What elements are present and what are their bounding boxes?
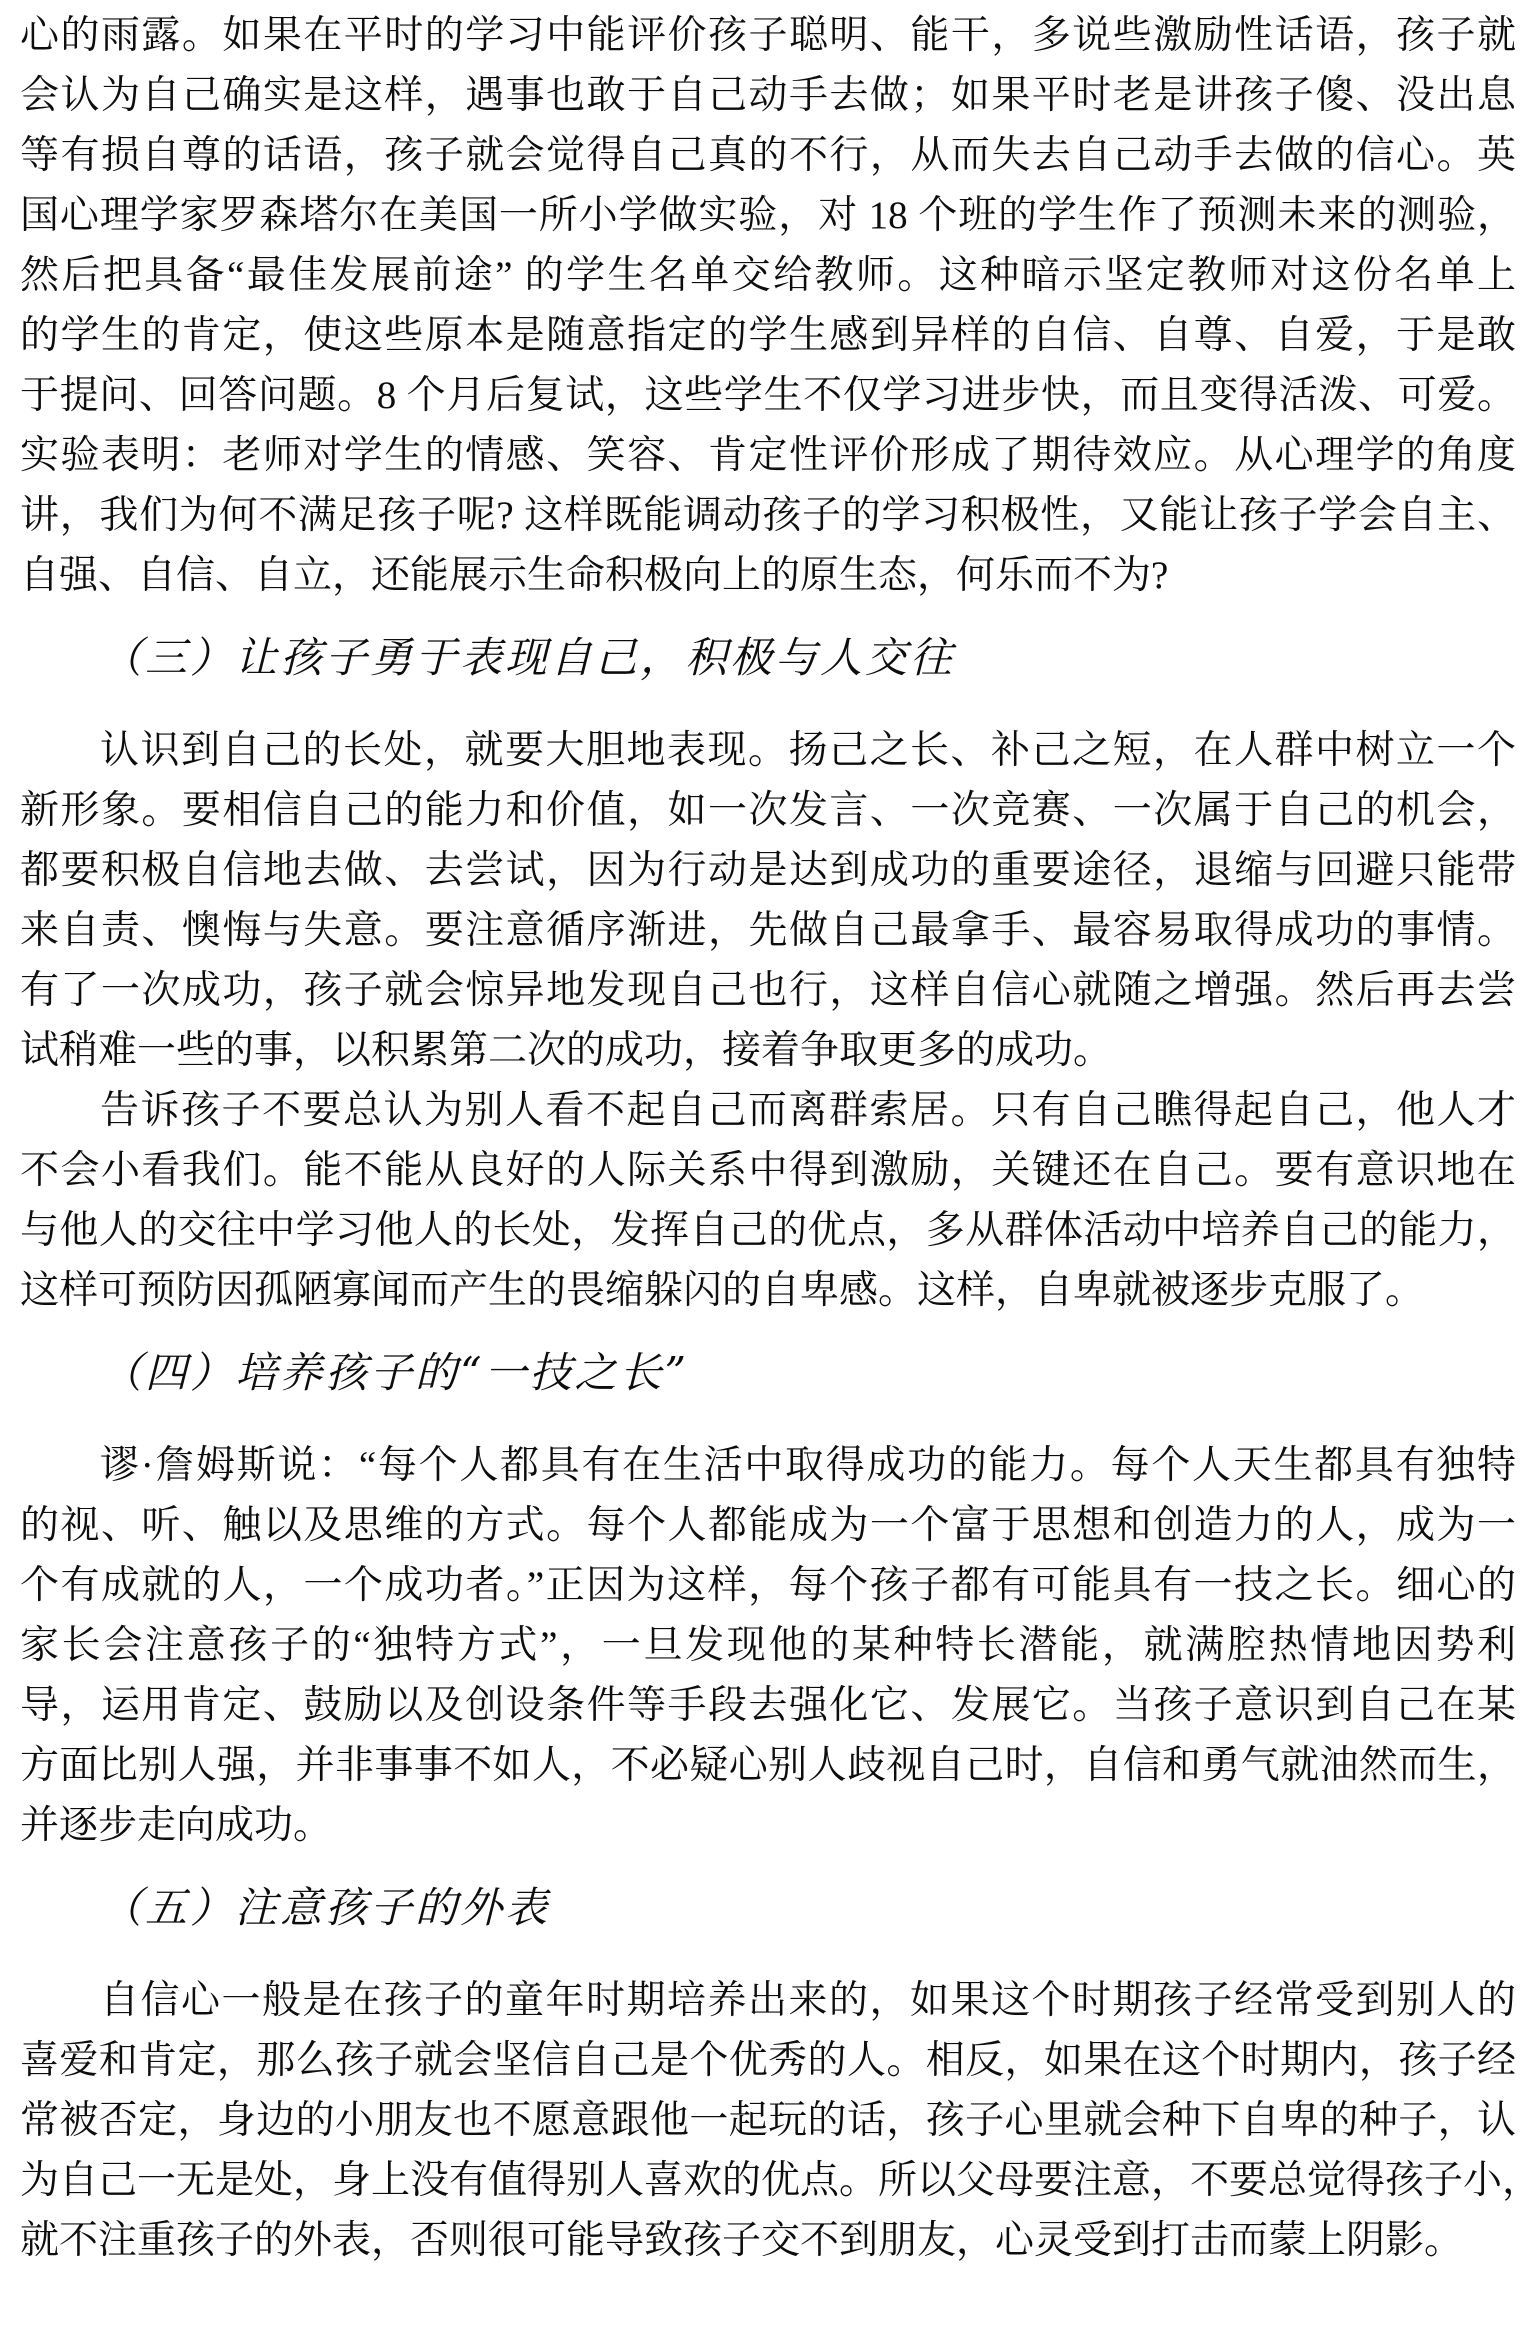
text-line: 告诉孩子不要总认为别人看不起自己而离群索居。只有自己瞧得起自己，他人才 <box>20 1081 1516 1141</box>
text-line: 自信心一般是在孩子的童年时期培养出来的，如果这个时期孩子经常受到别人的 <box>20 1971 1516 2031</box>
text-line: 谬·詹姆斯说：“每个人都具有在生活中取得成功的能力。每个人天生都具有独特 <box>20 1436 1516 1496</box>
text-line: 个有成就的人，一个成功者。”正因为这样，每个孩子都有可能具有一技之长。细心的 <box>20 1556 1516 1616</box>
text-line: 导，运用肯定、鼓励以及创设条件等手段去强化它、发展它。当孩子意识到自己在某 <box>20 1676 1516 1736</box>
text-line: 于提问、回答问题。8 个月后复试，这些学生不仅学习进步快，而且变得活泼、可爱。 <box>20 366 1516 426</box>
text-line: 自强、自信、自立，还能展示生命积极向上的原生态，何乐而不为? <box>20 546 1516 606</box>
paragraph: 自信心一般是在孩子的童年时期培养出来的，如果这个时期孩子经常受到别人的喜爱和肯定… <box>20 1971 1516 2271</box>
text-line: 试稍难一些的事，以积累第二次的成功，接着争取更多的成功。 <box>20 1021 1516 1081</box>
text-line: 有了一次成功，孩子就会惊异地发现自己也行，这样自信心就随之增强。然后再去尝 <box>20 961 1516 1021</box>
text-line: 讲，我们为何不满足孩子呢? 这样既能调动孩子的学习积极性，又能让孩子学会自主、 <box>20 486 1516 546</box>
text-line: 实验表明：老师对学生的情感、笑容、肯定性评价形成了期待效应。从心理学的角度 <box>20 426 1516 486</box>
paragraph: 认识到自己的长处，就要大胆地表现。扬己之长、补己之短，在人群中树立一个新形象。要… <box>20 721 1516 1081</box>
text-line: 并逐步走向成功。 <box>20 1796 1516 1856</box>
text-line: 会认为自己确实是这样，遇事也敢于自己动手去做；如果平时老是讲孩子傻、没出息 <box>20 66 1516 126</box>
text-line: 方面比别人强，并非事事不如人，不必疑心别人歧视自己时，自信和勇气就油然而生， <box>20 1736 1516 1796</box>
text-line: 心的雨露。如果在平时的学习中能评价孩子聪明、能干，多说些激励性话语，孩子就 <box>20 6 1516 66</box>
text-line: 的学生的肯定，使这些原本是随意指定的学生感到异样的自信、自尊、自爱，于是敢 <box>20 306 1516 366</box>
paragraph: 谬·詹姆斯说：“每个人都具有在生活中取得成功的能力。每个人天生都具有独特的视、听… <box>20 1436 1516 1856</box>
text-line: 来自责、懊悔与失意。要注意循序渐进，先做自己最拿手、最容易取得成功的事情。 <box>20 901 1516 961</box>
paragraph: 心的雨露。如果在平时的学习中能评价孩子聪明、能干，多说些激励性话语，孩子就会认为… <box>20 6 1516 606</box>
text-line: 这样可预防因孤陋寡闻而产生的畏缩躲闪的自卑感。这样，自卑就被逐步克服了。 <box>20 1261 1516 1321</box>
text-line: 都要积极自信地去做、去尝试，因为行动是达到成功的重要途径，退缩与回避只能带 <box>20 841 1516 901</box>
text-line: 新形象。要相信自己的能力和价值，如一次发言、一次竞赛、一次属于自己的机会， <box>20 781 1516 841</box>
section-heading: （五）注意孩子的外表 <box>20 1878 1516 1938</box>
text-line: 为自己一无是处，身上没有值得别人喜欢的优点。所以父母要注意，不要总觉得孩子小， <box>20 2151 1516 2211</box>
text-line: 常被否定，身边的小朋友也不愿意跟他一起玩的话，孩子心里就会种下自卑的种子，认 <box>20 2091 1516 2151</box>
document-page: 心的雨露。如果在平时的学习中能评价孩子聪明、能干，多说些激励性话语，孩子就会认为… <box>0 0 1536 2333</box>
section-heading: （三）让孩子勇于表现自己，积极与人交往 <box>20 628 1516 688</box>
text-line: 然后把具备“最佳发展前途” 的学生名单交给教师。这种暗示坚定教师对这份名单上 <box>20 246 1516 306</box>
text-line: 认识到自己的长处，就要大胆地表现。扬己之长、补己之短，在人群中树立一个 <box>20 721 1516 781</box>
paragraph: 告诉孩子不要总认为别人看不起自己而离群索居。只有自己瞧得起自己，他人才不会小看我… <box>20 1081 1516 1321</box>
text-line: 不会小看我们。能不能从良好的人际关系中得到激励，关键还在自己。要有意识地在 <box>20 1141 1516 1201</box>
text-line: 与他人的交往中学习他人的长处，发挥自己的优点，多从群体活动中培养自己的能力， <box>20 1201 1516 1261</box>
section-heading: （四）培养孩子的“一技之长” <box>20 1343 1516 1403</box>
text-line: 喜爱和肯定，那么孩子就会坚信自己是个优秀的人。相反，如果在这个时期内，孩子经 <box>20 2031 1516 2091</box>
text-line: 就不注重孩子的外表，否则很可能导致孩子交不到朋友，心灵受到打击而蒙上阴影。 <box>20 2211 1516 2271</box>
text-line: 等有损自尊的话语，孩子就会觉得自己真的不行，从而失去自己动手去做的信心。英 <box>20 126 1516 186</box>
text-line: 家长会注意孩子的“独特方式”，一旦发现他的某种特长潜能，就满腔热情地因势利 <box>20 1616 1516 1676</box>
text-line: 国心理学家罗森塔尔在美国一所小学做实验，对 18 个班的学生作了预测未来的测验， <box>20 186 1516 246</box>
text-line: 的视、听、触以及思维的方式。每个人都能成为一个富于思想和创造力的人，成为一 <box>20 1496 1516 1556</box>
